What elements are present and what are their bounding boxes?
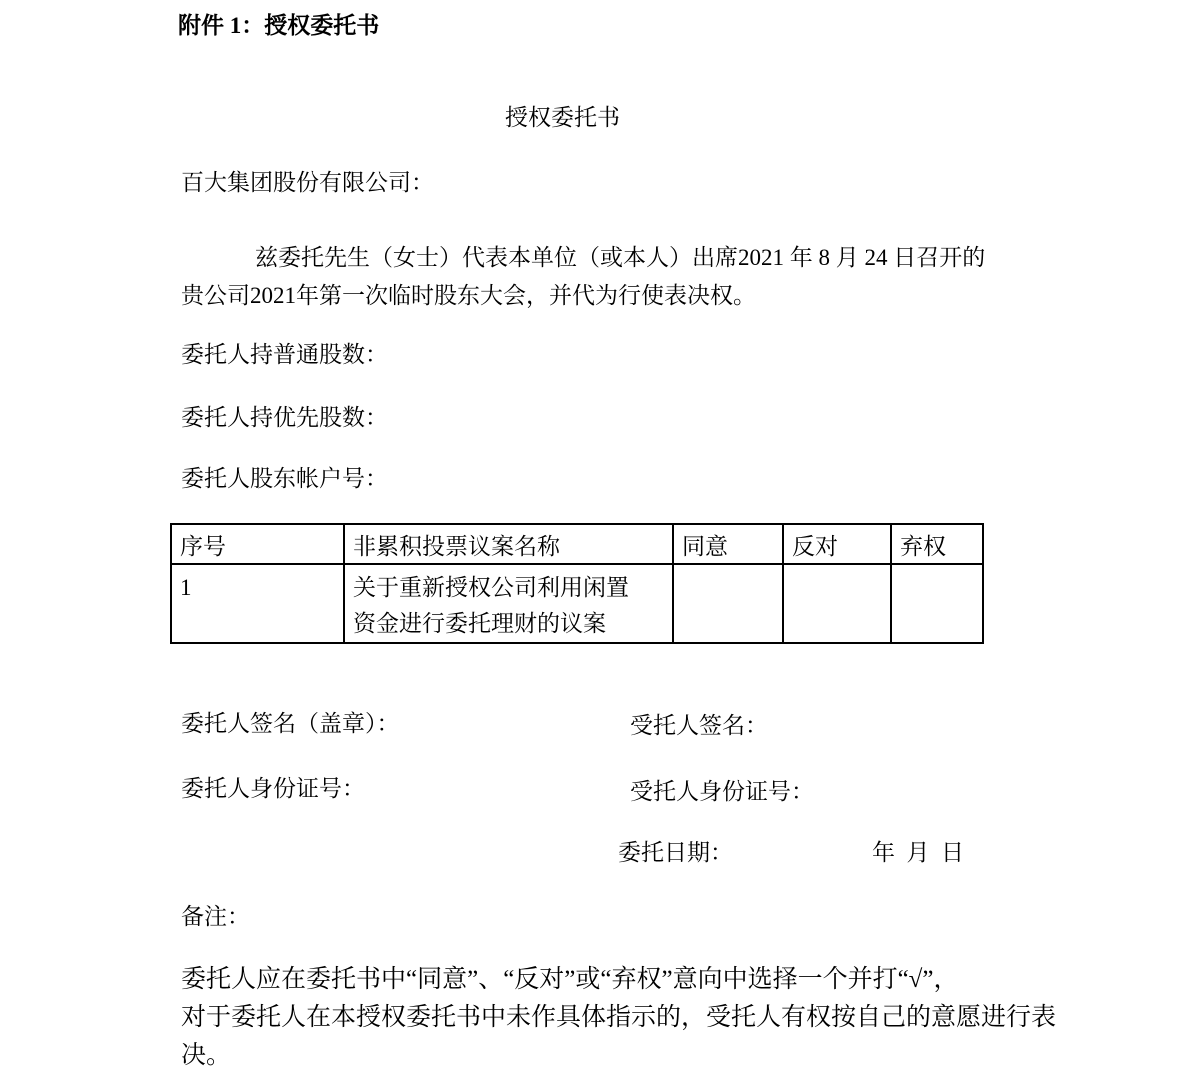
entrust-date-label: 委托日期：: [618, 839, 733, 868]
preferred-shares-label: 委托人持优先股数：: [181, 404, 388, 433]
voting-table: 序号 非累积投票议案名称 同意 反对 弃权 1 关于重新授权公司利用闲置资金进行…: [170, 523, 984, 644]
shareholder-account-label: 委托人股东帐户号：: [181, 465, 388, 494]
entrust-paragraph: 兹委托先生（女士）代表本单位（或本人）出席2021 年 8 月 24 日召开的贵…: [181, 239, 1041, 315]
serial-number-cell: 1: [171, 564, 344, 643]
trustee-signature-label: 受托人签名：: [630, 712, 768, 741]
header-abstain: 弃权: [891, 524, 983, 564]
header-proposal-name: 非累积投票议案名称: [344, 524, 673, 564]
proposal-name-cell: 关于重新授权公司利用闲置资金进行委托理财的议案: [344, 564, 673, 643]
ordinary-shares-label: 委托人持普通股数：: [181, 341, 388, 370]
notes-label: 备注：: [181, 903, 250, 932]
entrust-date-fields: 年 月 日: [872, 839, 964, 868]
addressee-company-line: 百大集团股份有限公司：: [181, 169, 434, 198]
header-against: 反对: [783, 524, 891, 564]
against-cell: [783, 564, 891, 643]
principal-signature-label: 委托人签名（盖章）：: [181, 710, 400, 739]
agree-cell: [673, 564, 783, 643]
document-page: 附件 1：授权委托书 授权委托书 百大集团股份有限公司： 兹委托先生（女士）代表…: [0, 0, 1200, 1082]
voting-table-header-row: 序号 非累积投票议案名称 同意 反对 弃权: [171, 524, 983, 564]
header-serial-number: 序号: [171, 524, 344, 564]
notes-paragraph: 委托人应在委托书中“同意”、“反对”或“弃权”意向中选择一个并打“√”，对于委托…: [181, 961, 1081, 1075]
trustee-id-label: 受托人身份证号：: [630, 778, 814, 807]
principal-id-label: 委托人身份证号：: [181, 775, 365, 804]
voting-table-row: 1 关于重新授权公司利用闲置资金进行委托理财的议案: [171, 564, 983, 643]
attachment-heading: 附件 1：授权委托书: [178, 12, 379, 41]
document-title: 授权委托书: [505, 104, 620, 133]
header-agree: 同意: [673, 524, 783, 564]
abstain-cell: [891, 564, 983, 643]
